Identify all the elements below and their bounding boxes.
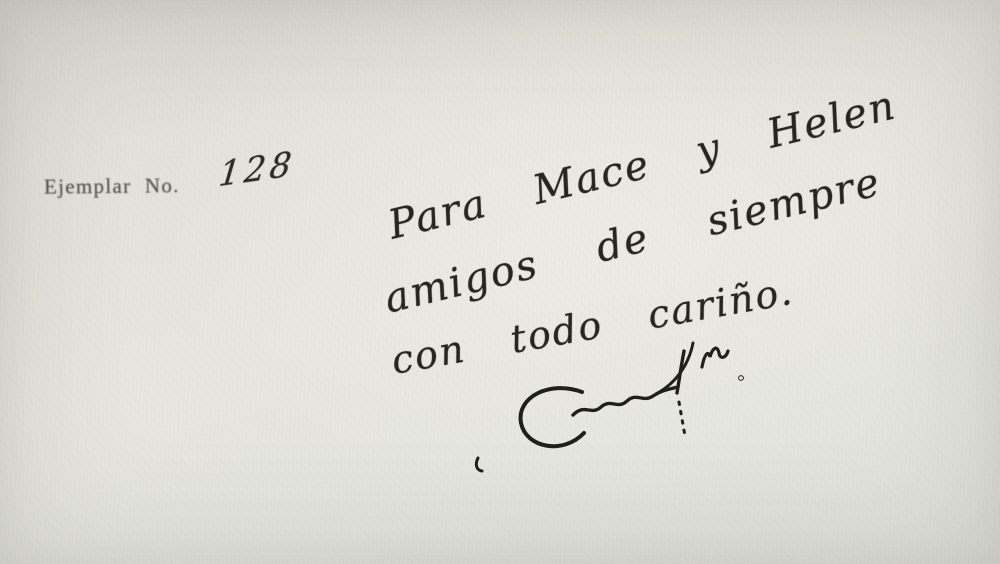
signature-autograph bbox=[460, 330, 760, 490]
book-colophon-page: Ejemplar No. 128 Para Mace y Helen amigo… bbox=[0, 0, 1000, 564]
ejemplar-number-label: Ejemplar No. bbox=[44, 173, 180, 199]
handwritten-copy-number: 128 bbox=[217, 144, 297, 196]
